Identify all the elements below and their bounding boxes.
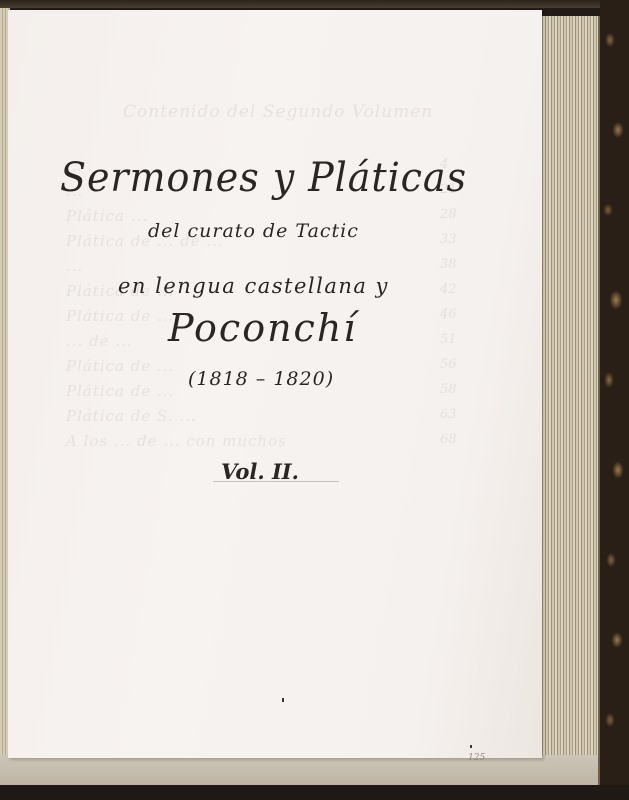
bleed-through-page-number: 46 (440, 307, 457, 322)
bleed-through-line: Plática de S. ... (66, 407, 197, 425)
bleed-through-line: ... de ... (66, 332, 133, 350)
title-page: Contenido del Segundo Volumen ... ... Pl… (8, 10, 542, 758)
bleed-through-line: Plática de ... (66, 357, 174, 375)
page-edges-stack (540, 16, 600, 786)
book-cover-bottom-edge (0, 785, 629, 800)
bleed-through-page-number: 63 (440, 407, 457, 422)
bleed-through-page-number: 51 (440, 332, 457, 347)
bleed-through-page-number: 68 (440, 432, 457, 447)
volume-underline (213, 481, 339, 482)
title-language-line: en lengua castellana y (118, 274, 389, 298)
ink-speck (282, 698, 284, 702)
bleed-through-page-number: 56 (440, 357, 457, 372)
ink-speck (470, 745, 472, 748)
title-poconchi: Poconchí (168, 306, 357, 350)
title-subtitle: del curato de Tactic (148, 220, 359, 242)
book-cover-top-edge (0, 0, 629, 8)
bleed-through-page-number: 28 (440, 207, 457, 222)
bleed-through-line: ... (66, 257, 83, 275)
bleed-through-page-number: 58 (440, 382, 457, 397)
bleed-through-line: A los ... de ... con muchos (66, 432, 287, 450)
bleed-through-line: Plática de ... (66, 382, 174, 400)
scanned-book-spread: Contenido del Segundo Volumen ... ... Pl… (0, 0, 629, 800)
bleed-through-heading: Contenido del Segundo Volumen (123, 102, 433, 122)
title-years: (1818 – 1820) (188, 368, 334, 390)
bleed-through-page-number: 42 (440, 282, 457, 297)
marbled-cover-board (600, 0, 629, 800)
bleed-through-line: Plática ... (66, 207, 148, 225)
bleed-through-page-number: 38 (440, 257, 457, 272)
bleed-through-page-number: 33 (440, 232, 457, 247)
title-main: Sermones y Pláticas (60, 155, 467, 201)
page-edges-bottom (0, 755, 598, 785)
folio-number: 125 (468, 753, 485, 763)
bleed-through-line: Plática de ... (66, 307, 174, 325)
